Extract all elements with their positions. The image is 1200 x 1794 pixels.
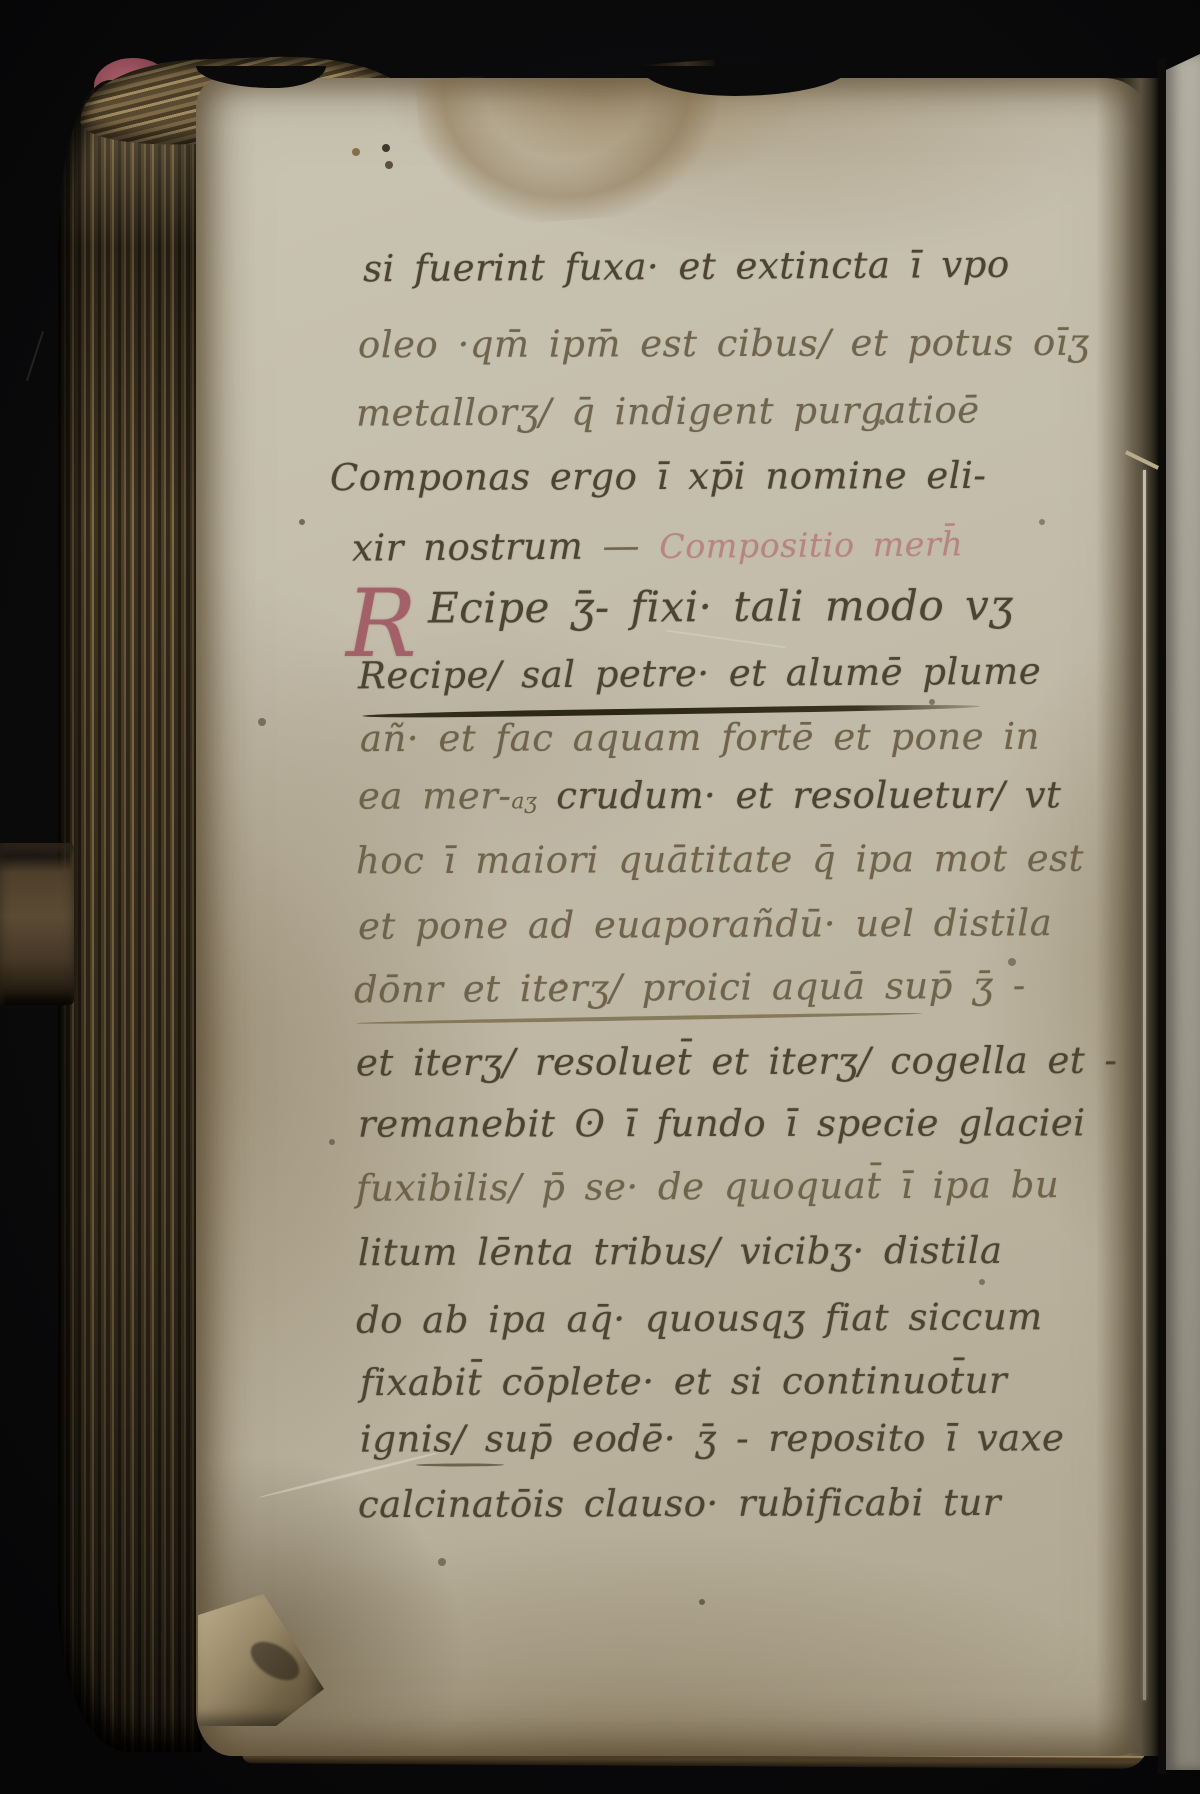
ink-text: si fuerint fuxa· et extincta ī vpo [363, 243, 1010, 291]
ink-text: ea mer- [358, 774, 511, 817]
hand-drawn-underline [416, 1463, 504, 1466]
manuscript-photo: R si fuerint fuxa· et extincta ī vpooleo… [0, 0, 1200, 1794]
manuscript-line: añ· et fac aquam fortē et pone in [360, 715, 1040, 760]
page-gap-shadow [1158, 58, 1166, 1774]
ink-text: litum lēnta tribus/ vicibʒ· distila [358, 1229, 1003, 1274]
ink-text: crudum· et resoluetur/ vt [537, 773, 1062, 817]
rubric-text: Compositio merh̄ [659, 524, 963, 566]
manuscript-line: et pone ad euaporañdū· uel distila [358, 901, 1052, 948]
manuscript-line: xir nostrum — Compositio merh̄ [352, 521, 964, 569]
ink-text: metallorʒ/ q̄ indigent purgatioē [356, 388, 980, 434]
manuscript-line: remanebit ʘ ī fundo ī specie glaciei [358, 1101, 1086, 1145]
ink-text: remanebit ʘ ī fundo ī specie glaciei [358, 1101, 1086, 1145]
manuscript-line: ea mer-aʒ crudum· et resoluetur/ vt [358, 773, 1061, 817]
ink-text: oleo ·qm̄ ipm̄ est cibus/ et potus oīʒ [358, 321, 1090, 367]
manuscript-line: ignis/ sup̄ eodē· ʒ̄ - reposito ī vaxe [360, 1416, 1065, 1460]
ink-text: hoc ī maiori quātitate q̄ ipa mot est [356, 837, 1084, 883]
ink-text: Ecipe ʒ̄- fixi· tali modo vʒ [428, 580, 1014, 632]
ink-text: aʒ [511, 789, 537, 814]
ink-text: do ab ipa aq̄· quousqʒ fiat siccum [356, 1295, 1043, 1342]
binding-gutter [1096, 78, 1158, 1756]
ink-text: añ· et fac aquam fortē et pone in [360, 715, 1040, 760]
ink-text: Recipe/ sal petre· et alumē plume [358, 650, 1041, 698]
ink-text: Componas ergo ī xp̄i nomine eli- [330, 454, 987, 499]
ink-text: fixabit̄ cōplete· et si continuot̄ur [360, 1359, 1007, 1404]
sewing-thread [1143, 470, 1146, 1700]
manuscript-line: et iterʒ/ resoluet̄ et iterʒ/ cogella et… [356, 1039, 1118, 1085]
manuscript-line: fuxibilis/ p̄ se· de quoquat̄ ī ipa bu [356, 1163, 1059, 1210]
ink-text: et iterʒ/ resoluet̄ et iterʒ/ cogella et… [356, 1039, 1118, 1085]
ink-text: fuxibilis/ p̄ se· de quoquat̄ ī ipa bu [356, 1163, 1059, 1210]
manuscript-line: fixabit̄ cōplete· et si continuot̄ur [360, 1359, 1007, 1404]
manuscript-line: oleo ·qm̄ ipm̄ est cibus/ et potus oīʒ [358, 321, 1090, 367]
ink-text: xir nostrum [352, 524, 603, 569]
ink-text: dōnr et iterʒ/ proici aquā sup̄ ʒ̄ - [354, 964, 1026, 1012]
manuscript-text: si fuerint fuxa· et extincta ī vpooleo ·… [0, 0, 1200, 1794]
adjacent-page-edge [1166, 54, 1200, 1770]
manuscript-line: litum lēnta tribus/ vicibʒ· distila [358, 1229, 1003, 1274]
manuscript-line: Componas ergo ī xp̄i nomine eli- [330, 454, 987, 499]
ink-text: ignis/ sup̄ eodē· ʒ̄ - reposito ī vaxe [360, 1416, 1065, 1460]
manuscript-line: Recipe/ sal petre· et alumē plume [358, 650, 1041, 698]
manuscript-line: metallorʒ/ q̄ indigent purgatioē [356, 388, 980, 434]
ink-text: calcinatōis clauso· rubificabi tur [358, 1481, 1001, 1526]
manuscript-line: calcinatōis clauso· rubificabi tur [358, 1481, 1001, 1526]
manuscript-line: hoc ī maiori quātitate q̄ ipa mot est [356, 837, 1084, 883]
manuscript-line: Ecipe ʒ̄- fixi· tali modo vʒ [428, 580, 1014, 632]
manuscript-line: do ab ipa aq̄· quousqʒ fiat siccum [356, 1295, 1043, 1342]
manuscript-line: dōnr et iterʒ/ proici aquā sup̄ ʒ̄ - [354, 964, 1026, 1012]
hand-drawn-underline [356, 1011, 922, 1025]
manuscript-line: si fuerint fuxa· et extincta ī vpo [363, 243, 1010, 291]
ink-text: et pone ad euaporañdū· uel distila [358, 901, 1052, 948]
ink-text: — [602, 524, 659, 567]
